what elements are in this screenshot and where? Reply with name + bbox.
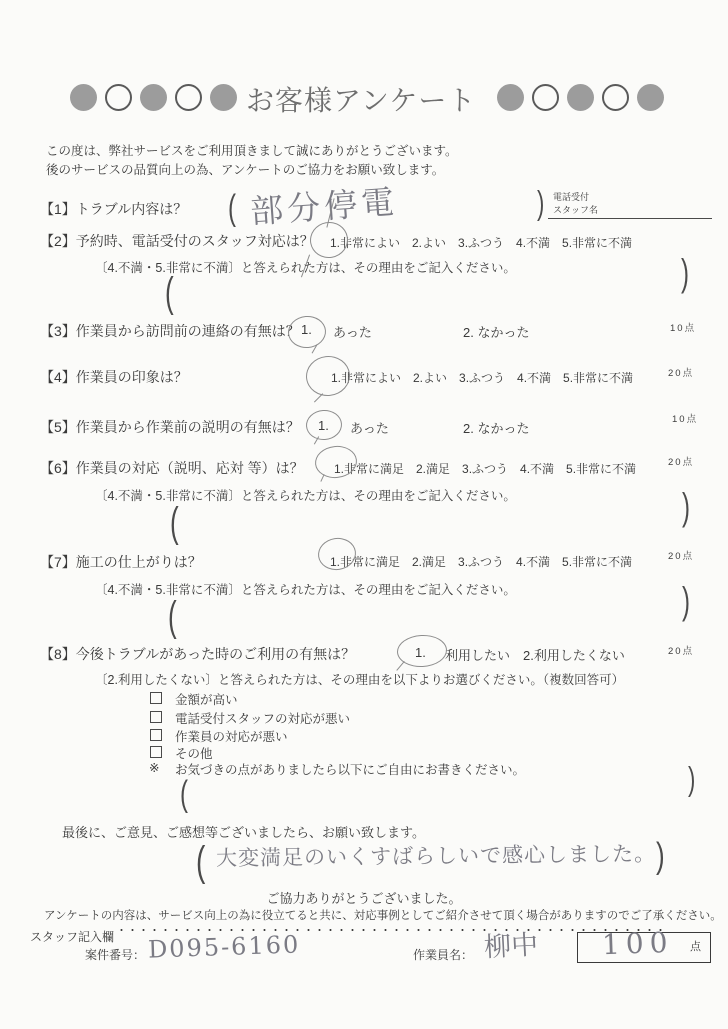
dot-filled-icon (140, 84, 167, 111)
page-title: お客様アンケート (246, 79, 476, 119)
q2-writein-open-paren: ( (165, 268, 174, 318)
checkbox-phone-staff-bad (150, 711, 162, 723)
header-dots-left (70, 84, 237, 111)
intro-line-2: 後のサービスの品質向上の為、アンケートのご協力をお願い致します。 (46, 160, 444, 178)
q1-close-paren: ) (537, 184, 544, 223)
q3-points: 10点 (670, 320, 696, 334)
dot-filled-icon (497, 84, 524, 111)
q6-writein-close-paren: ) (682, 486, 690, 531)
closing-prompt: 最後に、ご意見、ご感想等ございましたら、お願い致します。 (62, 822, 425, 841)
dot-outline-icon (175, 84, 202, 111)
checkbox-other (150, 746, 162, 758)
q6-label: 【6】作業員の対応（説明、応対 等）は？ (40, 458, 304, 478)
q2-choices: 1.非常によい 2.よい 3.ふつう 4.不満 5.非常に不満 (330, 234, 632, 251)
q3-option-1-text: あった (333, 322, 372, 341)
comment-open-paren: ( (196, 838, 205, 886)
case-number-label: 案件番号： (85, 946, 145, 963)
worker-name-label: 作業員名： (413, 946, 473, 963)
q8-option-1-text: 利用したい (445, 645, 510, 664)
q8-label: 【8】今後トラブルがあった時のご利用の有無は？ (40, 644, 355, 664)
reception-label-1: 電話受付 (553, 190, 589, 203)
q5-points: 10点 (672, 411, 698, 425)
header-dots-right (497, 84, 664, 111)
q7-points: 20点 (668, 548, 694, 562)
dot-filled-icon (70, 84, 97, 111)
q3-answer-circle (287, 314, 328, 349)
q4-points: 20点 (668, 365, 694, 379)
checkbox-price-high (150, 692, 162, 704)
survey-scan-page: お客様アンケート この度は、弊社サービスをご利用頂きまして誠にありがとうございま… (0, 0, 728, 1029)
q4-answer-circle (304, 354, 352, 398)
q6-writein-open-paren: ( (170, 498, 179, 548)
q8-points: 20点 (668, 643, 694, 657)
dot-outline-icon (532, 84, 559, 111)
disclaimer-text: アンケートの内容は、サービス向上の為に役立てると共に、対応事例としてご紹介させて… (44, 907, 722, 923)
q7-note: 〔4.不満・5.非常に不満〕と答えられた方は、その理由をご記入ください。 (95, 580, 516, 598)
handwritten-comment: 大変満足のいくすばらしいで感心しました。 (216, 838, 656, 873)
q6-choices: 1.非常に満足 2.満足 3.ふつう 4.不満 5.非常に不満 (334, 460, 636, 477)
q8-free-mark: ※ (149, 760, 159, 775)
q8-free-note: お気づきの点がありましたら以下にご自由にお書きください。 (175, 760, 525, 778)
dot-outline-icon (602, 84, 629, 111)
score-value: 100 (601, 926, 674, 961)
q7-writein-close-paren: ) (682, 580, 690, 625)
staff-section-label: スタッフ記入欄 (30, 928, 114, 945)
dot-filled-icon (567, 84, 594, 111)
intro-line-1: この度は、弊社サービスをご利用頂きまして誠にありがとうございます。 (46, 141, 458, 159)
q2-note: 〔4.不満・5.非常に不満〕と答えられた方は、その理由をご記入ください。 (95, 258, 516, 276)
q5-option-1-text: あった (350, 418, 389, 437)
q6-note: 〔4.不満・5.非常に不満〕と答えられた方は、その理由をご記入ください。 (95, 486, 516, 504)
q8-reason-2: 電話受付スタッフの対応が悪い (175, 709, 350, 727)
q8-reason-1: 金額が高い (175, 690, 238, 708)
q1-label: 【1】トラブル内容は？ (40, 199, 187, 219)
q7-choices: 1.非常に満足 2.満足 3.ふつう 4.不満 5.非常に不満 (330, 553, 632, 570)
q7-writein-open-paren: ( (168, 592, 177, 642)
q2-label: 【2】予約時、電話受付のスタッフ対応は？ (40, 231, 314, 251)
q8-writein-close-paren: ) (688, 760, 695, 799)
q1-open-paren: ( (228, 188, 236, 230)
q8-writein-open-paren: ( (180, 774, 188, 816)
score-unit: 点 (690, 938, 701, 954)
comment-close-paren: ) (656, 834, 665, 877)
reception-name-underline (548, 204, 712, 219)
q8-reason-3: 作業員の対応が悪い (175, 727, 288, 745)
thanks-text: ご協力ありがとうございました。 (0, 888, 728, 907)
q4-choices: 1.非常によい 2.よい 3.ふつう 4.不満 5.非常に不満 (331, 369, 633, 386)
checkbox-worker-bad (150, 729, 162, 741)
q5-label: 【5】作業員から作業前の説明の有無は？ (40, 417, 300, 437)
q3-label: 【3】作業員から訪問前の連絡の有無は？ (40, 321, 300, 341)
q4-label: 【4】作業員の印象は？ (40, 367, 188, 387)
q8-option-2: 2.利用したくない (523, 645, 625, 664)
case-number-value: D095-6160 (148, 930, 301, 963)
q5-option-2: 2. なかった (463, 418, 529, 437)
q7-label: 【7】施工の仕上がりは？ (40, 552, 202, 572)
dot-outline-icon (105, 84, 132, 111)
pen-stroke (320, 474, 325, 482)
q5-answer-circle (305, 409, 343, 441)
q3-option-2: 2. なかった (463, 322, 529, 341)
q8-note: 〔2.利用したくない〕と答えられた方は、その理由を以下よりお選びください。（複数… (95, 670, 624, 688)
dot-filled-icon (637, 84, 664, 111)
q6-points: 20点 (668, 454, 694, 468)
dot-filled-icon (210, 84, 237, 111)
worker-name-value: 柳中 (483, 923, 539, 965)
q2-writein-close-paren: ) (681, 252, 689, 297)
